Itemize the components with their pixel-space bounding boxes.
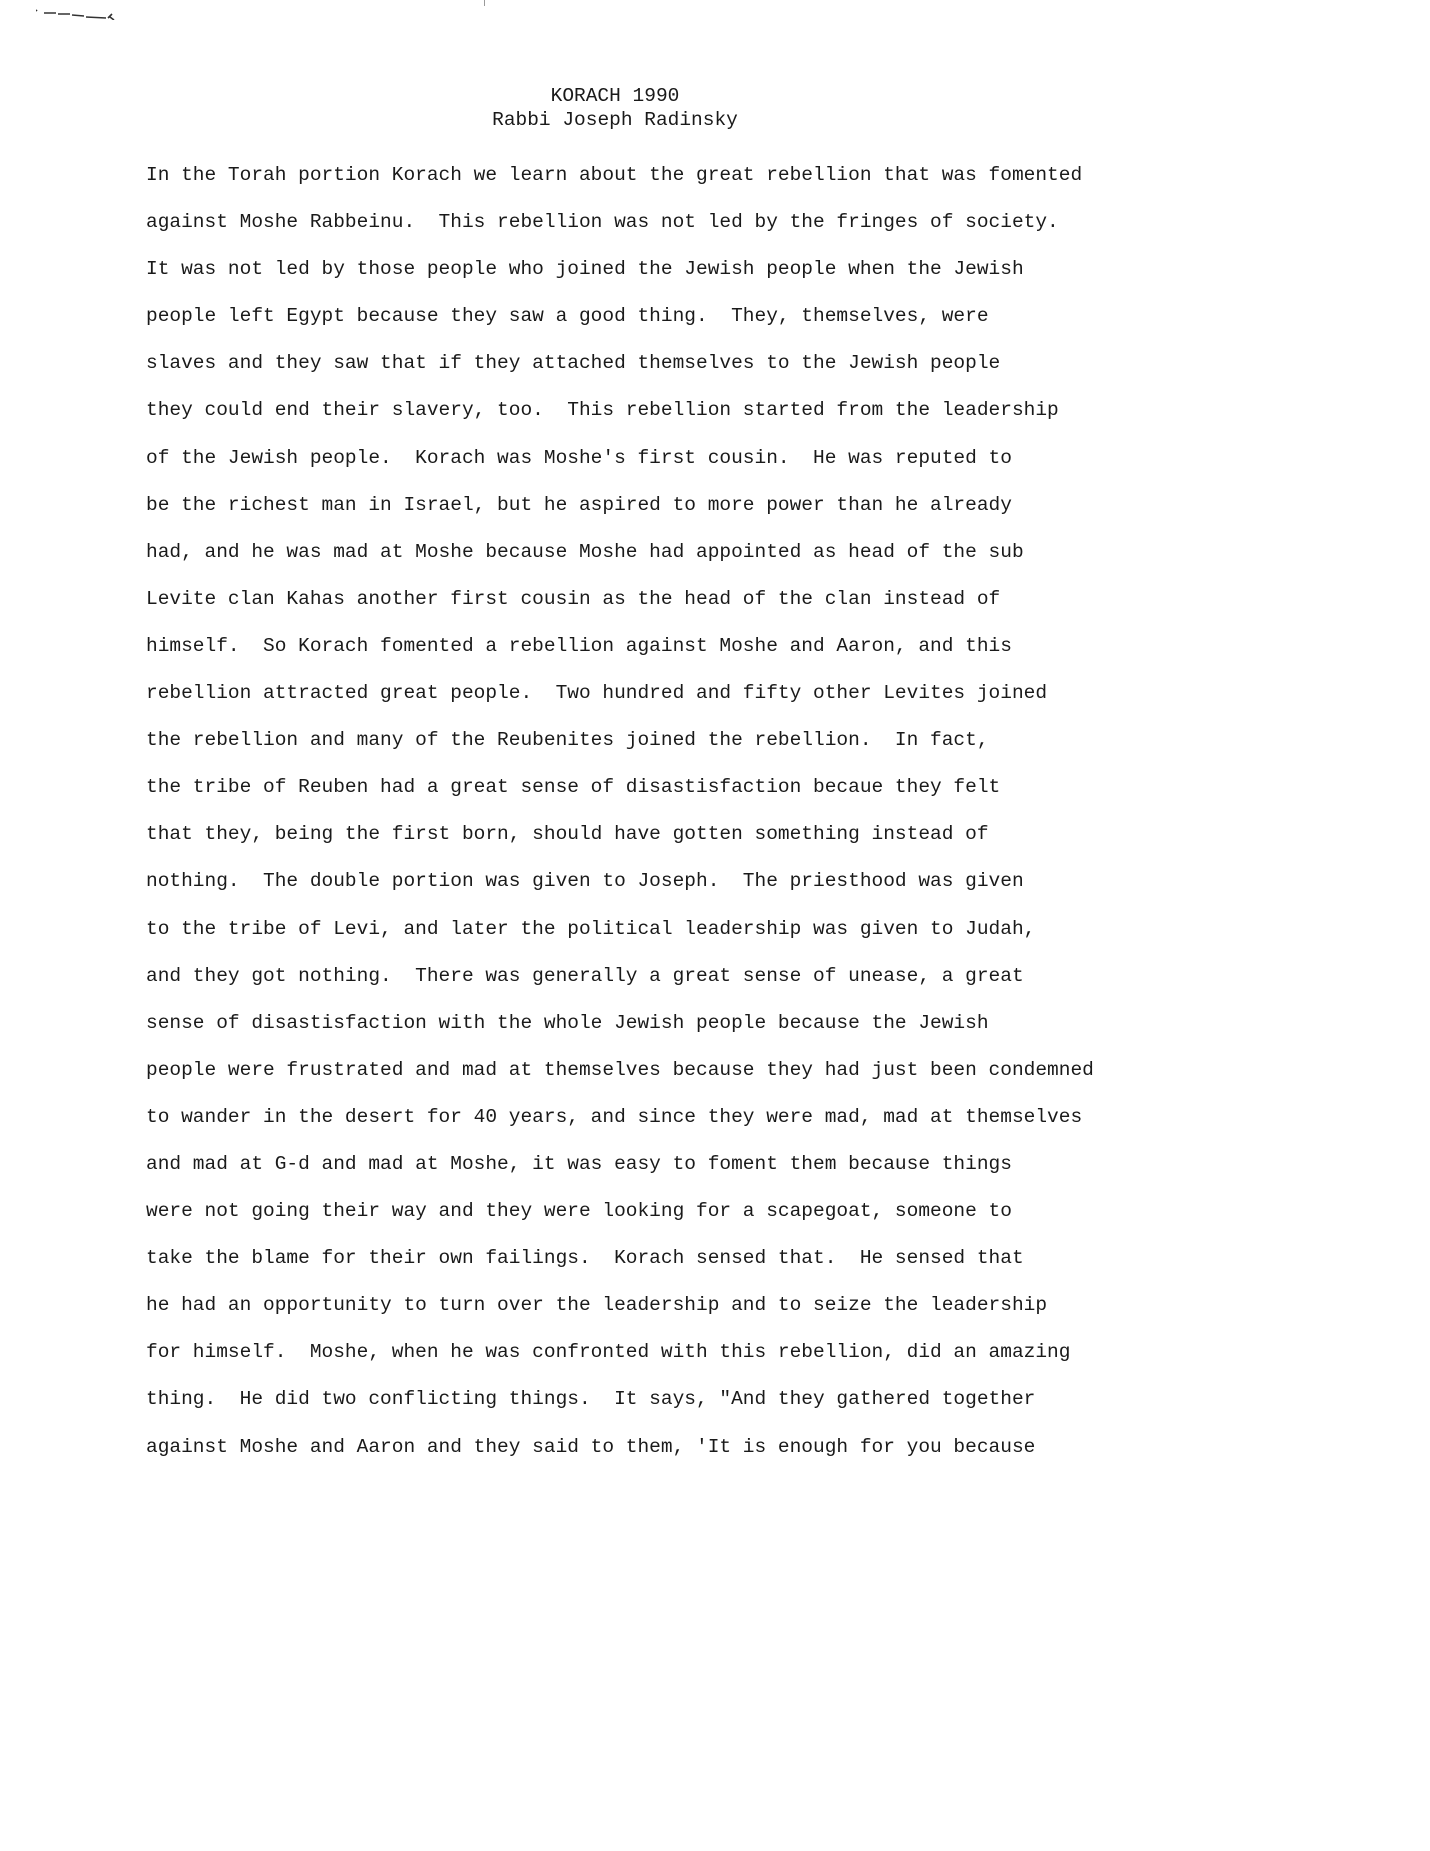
- body-line: that they, being the first born, should …: [146, 811, 1094, 858]
- document-body: In the Torah portion Korach we learn abo…: [146, 152, 1094, 1471]
- body-line: and mad at G-d and mad at Moshe, it was …: [146, 1141, 1094, 1188]
- body-line: against Moshe and Aaron and they said to…: [146, 1424, 1094, 1471]
- body-line: were not going their way and they were l…: [146, 1188, 1094, 1235]
- body-line: to wander in the desert for 40 years, an…: [146, 1094, 1094, 1141]
- scan-artifact-tick: [484, 0, 485, 6]
- body-line: to the tribe of Levi, and later the poli…: [146, 906, 1094, 953]
- document-author: Rabbi Joseph Radinsky: [0, 108, 1230, 132]
- body-line: himself. So Korach fomented a rebellion …: [146, 623, 1094, 670]
- document-title: KORACH 1990: [0, 84, 1230, 108]
- body-line: and they got nothing. There was generall…: [146, 953, 1094, 1000]
- body-line: the rebellion and many of the Reubenites…: [146, 717, 1094, 764]
- body-line: he had an opportunity to turn over the l…: [146, 1282, 1094, 1329]
- body-line: rebellion attracted great people. Two hu…: [146, 670, 1094, 717]
- body-line: people left Egypt because they saw a goo…: [146, 293, 1094, 340]
- body-line: It was not led by those people who joine…: [146, 246, 1094, 293]
- body-line: of the Jewish people. Korach was Moshe's…: [146, 435, 1094, 482]
- body-line: people were frustrated and mad at themse…: [146, 1047, 1094, 1094]
- scan-artifact-mark: [36, 6, 126, 20]
- body-line: Levite clan Kahas another first cousin a…: [146, 576, 1094, 623]
- body-line: thing. He did two conflicting things. It…: [146, 1376, 1094, 1423]
- body-line: be the richest man in Israel, but he asp…: [146, 482, 1094, 529]
- body-line: they could end their slavery, too. This …: [146, 387, 1094, 434]
- document-page: KORACH 1990 Rabbi Joseph Radinsky In the…: [0, 0, 1430, 1851]
- body-line: take the blame for their own failings. K…: [146, 1235, 1094, 1282]
- body-line: In the Torah portion Korach we learn abo…: [146, 152, 1094, 199]
- body-line: sense of disastisfaction with the whole …: [146, 1000, 1094, 1047]
- body-line: against Moshe Rabbeinu. This rebellion w…: [146, 199, 1094, 246]
- body-line: slaves and they saw that if they attache…: [146, 340, 1094, 387]
- body-line: the tribe of Reuben had a great sense of…: [146, 764, 1094, 811]
- body-line: nothing. The double portion was given to…: [146, 858, 1094, 905]
- body-line: had, and he was mad at Moshe because Mos…: [146, 529, 1094, 576]
- body-line: for himself. Moshe, when he was confront…: [146, 1329, 1094, 1376]
